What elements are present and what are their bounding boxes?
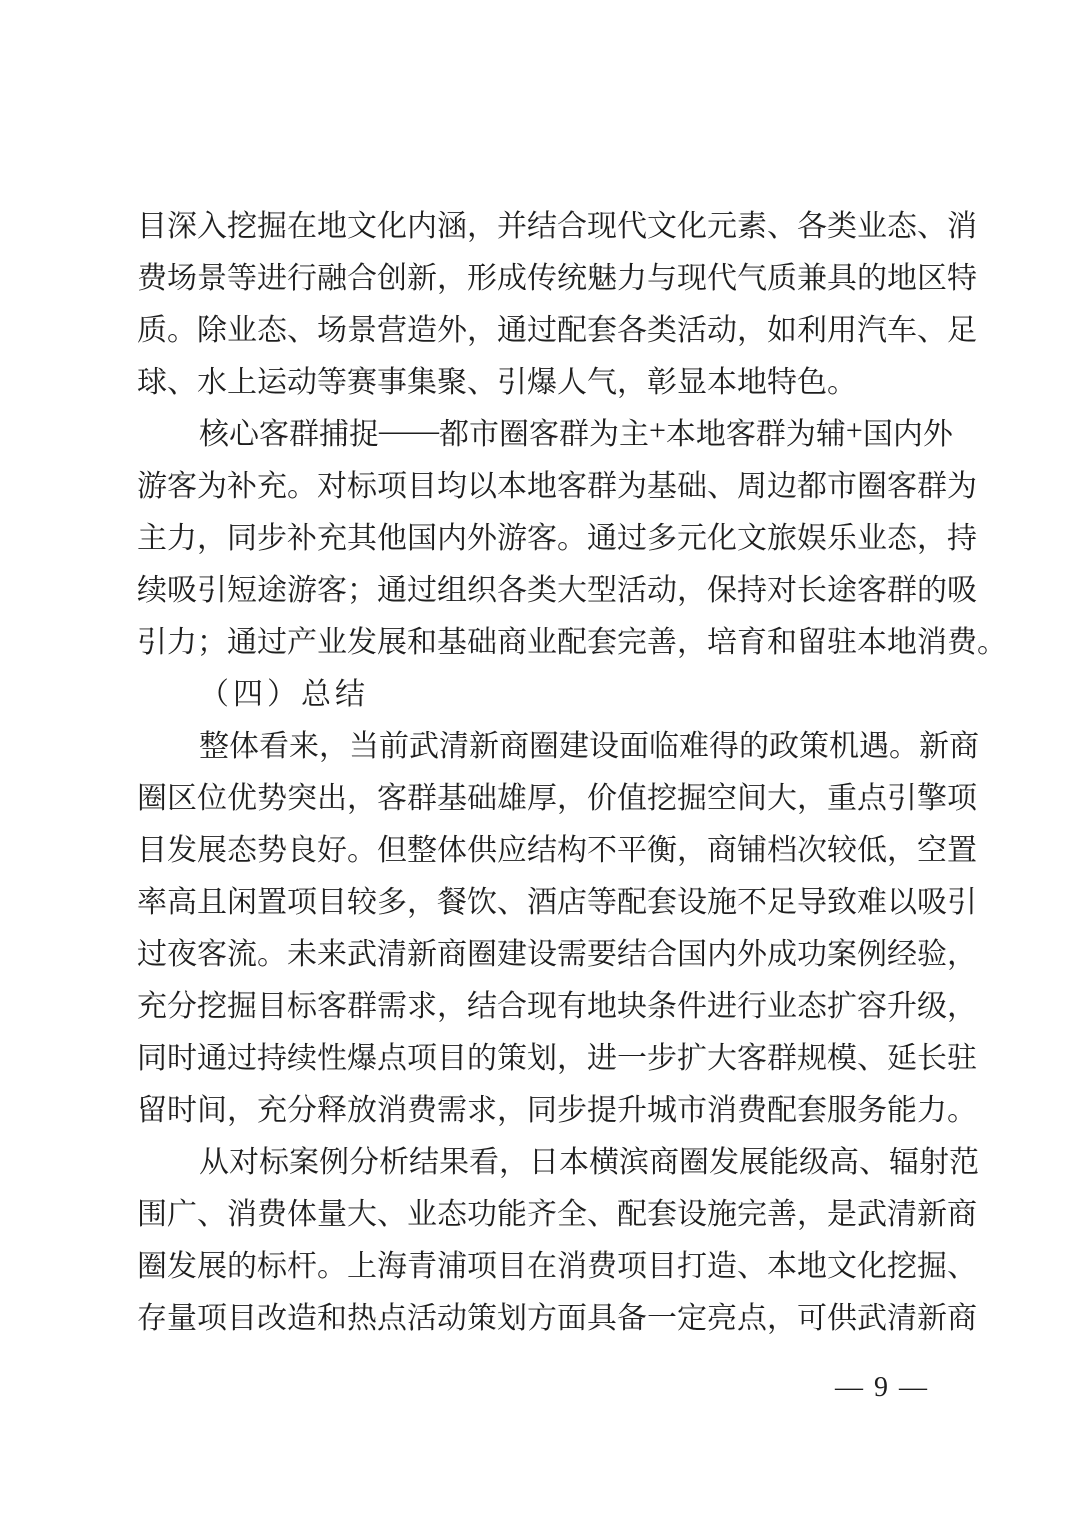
glyph: 为	[786, 409, 816, 453]
glyph: 不	[587, 825, 617, 869]
glyph: 的	[739, 721, 769, 765]
glyph: 分	[287, 1085, 317, 1129]
glyph: 容	[857, 981, 887, 1025]
glyph: 费	[407, 1085, 437, 1129]
glyph: 挖	[647, 773, 677, 817]
glyph: 标	[257, 1241, 287, 1285]
glyph: 整	[407, 825, 437, 869]
glyph: 施	[707, 877, 737, 921]
glyph: 辐	[889, 1137, 919, 1181]
glyph: 可	[797, 1293, 827, 1337]
glyph: 基	[647, 461, 677, 505]
glyph: 亮	[707, 1293, 737, 1337]
glyph: 设	[527, 929, 557, 973]
glyph: 为	[589, 409, 619, 453]
glyph: 圈	[137, 1241, 167, 1285]
glyph: 条	[647, 981, 677, 1025]
glyph: 等	[587, 877, 617, 921]
text-line: 主力，同步补充其他国内外游客。通过多元化文旅娱乐业态，持	[137, 509, 940, 561]
glyph: 客	[317, 565, 347, 609]
glyph: 各	[497, 565, 527, 609]
glyph: ，	[677, 825, 707, 869]
glyph: 引	[497, 357, 527, 401]
paragraph: 整体看来，当前武清新商圈建设面临难得的政策机遇。新商圈区位优势突出，客群基础雄厚…	[137, 717, 940, 1133]
glyph: 、	[707, 461, 737, 505]
glyph: 通	[497, 305, 527, 349]
glyph: 需	[557, 929, 587, 973]
glyph: 挖	[227, 201, 257, 245]
glyph: 为	[947, 461, 977, 505]
glyph: 全	[557, 1189, 587, 1233]
glyph: 本	[559, 1137, 589, 1181]
glyph: 备	[617, 1293, 647, 1337]
glyph: 圈	[679, 1137, 709, 1181]
glyph: 态	[227, 825, 257, 869]
glyph: ，	[499, 1137, 529, 1181]
glyph: 事	[377, 357, 407, 401]
glyph: 入	[197, 201, 227, 245]
glyph: 势	[257, 773, 287, 817]
glyph: 有	[557, 981, 587, 1025]
glyph: 地	[317, 201, 347, 245]
glyph: 新	[407, 929, 437, 973]
glyph: 车	[887, 305, 917, 349]
glyph: 但	[377, 825, 407, 869]
glyph: 功	[467, 1189, 497, 1233]
glyph: 国	[677, 929, 707, 973]
glyph: 传	[527, 253, 557, 297]
paragraph: 核心客群捕捉——都市圈客群为主+本地客群为辅+国内外游客为补充。对标项目均以本地…	[137, 405, 940, 665]
glyph: 、	[377, 1189, 407, 1233]
glyph: 水	[197, 357, 227, 401]
glyph: 范	[949, 1137, 979, 1181]
glyph: 结	[409, 1137, 439, 1181]
glyph: 同	[227, 513, 257, 557]
glyph: 配	[617, 877, 647, 921]
glyph: 补	[287, 513, 317, 557]
glyph: 前	[379, 721, 409, 765]
glyph: 和	[407, 617, 437, 661]
glyph: 通	[227, 617, 257, 661]
glyph: 供	[467, 825, 497, 869]
glyph: ，	[227, 1085, 257, 1129]
glyph: 大	[707, 1033, 737, 1077]
glyph: 清	[887, 1293, 917, 1337]
glyph: 人	[557, 357, 587, 401]
glyph: 店	[557, 877, 587, 921]
glyph: 服	[827, 1085, 857, 1129]
heading-line: （四）总结	[137, 665, 940, 717]
glyph: 内	[437, 513, 467, 557]
glyph: 市	[469, 409, 499, 453]
glyph: 广	[167, 1189, 197, 1233]
glyph: 除	[197, 305, 227, 349]
glyph: 套	[587, 305, 617, 349]
glyph: 面	[557, 1293, 587, 1337]
glyph: 化	[857, 1241, 887, 1285]
glyph: 充	[137, 981, 167, 1025]
glyph: 费	[947, 617, 977, 661]
glyph: （	[199, 669, 233, 713]
glyph: 成	[767, 929, 797, 973]
text-block: 目深入挖掘在地文化内涵，并结合现代文化元素、各类业态、消费场景等进行融合创新，形…	[137, 197, 940, 1341]
glyph: 新	[407, 253, 437, 297]
glyph: 态	[437, 1189, 467, 1233]
glyph: 滨	[619, 1137, 649, 1181]
glyph: 聚	[437, 357, 467, 401]
text-line: 整体看来，当前武清新商圈建设面临难得的政策机遇。新商	[137, 717, 940, 769]
glyph: 地	[797, 1241, 827, 1285]
glyph: 消	[947, 201, 977, 245]
glyph: 合	[347, 253, 377, 297]
glyph: 市	[827, 461, 857, 505]
glyph: 引	[137, 617, 167, 661]
glyph: 项	[467, 1241, 497, 1285]
glyph: 优	[227, 773, 257, 817]
glyph: 景	[347, 305, 377, 349]
glyph: 完	[617, 617, 647, 661]
glyph: 配	[557, 617, 587, 661]
glyph: 持	[947, 513, 977, 557]
glyph: 饮	[467, 877, 497, 921]
glyph: 间	[737, 773, 767, 817]
glyph: 间	[197, 1085, 227, 1129]
glyph: 捕	[319, 409, 349, 453]
glyph: 发	[167, 825, 197, 869]
glyph: 档	[767, 825, 797, 869]
glyph: 性	[317, 1033, 347, 1077]
glyph: 短	[227, 565, 257, 609]
glyph: 吸	[947, 565, 977, 609]
glyph: 地	[887, 617, 917, 661]
glyph: 统	[557, 253, 587, 297]
glyph: 形	[467, 253, 497, 297]
glyph: 且	[197, 877, 227, 921]
glyph: 为	[197, 461, 227, 505]
text-line: 目深入挖掘在地文化内涵，并结合现代文化元素、各类业态、消	[137, 197, 940, 249]
glyph: ，	[319, 721, 349, 765]
glyph: 长	[917, 1033, 947, 1077]
glyph: 、	[497, 877, 527, 921]
glyph: 结	[617, 929, 647, 973]
glyph: 供	[827, 1293, 857, 1337]
glyph: 区	[167, 773, 197, 817]
glyph: 捉	[349, 409, 379, 453]
glyph: 通	[197, 1033, 227, 1077]
glyph: 化	[707, 513, 737, 557]
glyph: 能	[497, 1189, 527, 1233]
glyph: 大	[767, 773, 797, 817]
glyph: 上	[227, 357, 257, 401]
glyph: 得	[709, 721, 739, 765]
glyph: 客	[317, 981, 347, 1025]
glyph: 娱	[797, 513, 827, 557]
glyph: 体	[287, 1189, 317, 1233]
glyph: 分	[167, 981, 197, 1025]
glyph: 目	[137, 201, 167, 245]
glyph: 驻	[947, 1033, 977, 1077]
text-line: 核心客群捕捉——都市圈客群为主+本地客群为辅+国内外	[137, 405, 940, 457]
glyph: 空	[917, 825, 947, 869]
glyph: 酒	[527, 877, 557, 921]
glyph: 目	[497, 1241, 527, 1285]
text-line: 圈发展的标杆。上海青浦项目在消费项目打造、本地文化挖掘、	[137, 1237, 940, 1289]
glyph: 建	[559, 721, 589, 765]
glyph: 放	[347, 1085, 377, 1129]
glyph: 重	[827, 773, 857, 817]
glyph: 划	[497, 1293, 527, 1337]
glyph: 的	[227, 1241, 257, 1285]
glyph: 地	[696, 409, 726, 453]
glyph: 群	[347, 981, 377, 1025]
glyph: 扩	[827, 981, 857, 1025]
glyph: 新	[917, 1293, 947, 1337]
glyph: 设	[677, 877, 707, 921]
glyph: 的	[917, 565, 947, 609]
glyph: 场	[317, 305, 347, 349]
glyph: 要	[587, 929, 617, 973]
glyph: 用	[827, 305, 857, 349]
glyph: 均	[437, 461, 467, 505]
glyph: 客	[557, 461, 587, 505]
glyph: 围	[137, 1189, 167, 1233]
glyph: 施	[707, 1189, 737, 1233]
glyph: 动	[707, 305, 737, 349]
glyph: 引	[887, 773, 917, 817]
glyph: 过	[227, 1033, 257, 1077]
glyph: 球	[137, 357, 167, 401]
glyph: 擎	[917, 773, 947, 817]
glyph: 汽	[857, 305, 887, 349]
glyph: 造	[287, 1293, 317, 1337]
glyph: 多	[647, 513, 677, 557]
glyph: 国	[407, 513, 437, 557]
paragraph: 从对标案例分析结果看，日本横滨商圈发展能级高、辐射范围广、消费体量大、业态功能齐…	[137, 1133, 940, 1341]
glyph: 文	[647, 201, 677, 245]
glyph: 点	[737, 1293, 767, 1337]
glyph: 清	[377, 929, 407, 973]
glyph: 商	[949, 721, 979, 765]
glyph: 、	[737, 1241, 767, 1285]
glyph: 结	[335, 669, 369, 713]
glyph: 圈	[467, 929, 497, 973]
glyph: 高	[829, 1137, 859, 1181]
glyph: 创	[377, 253, 407, 297]
glyph: 铺	[737, 825, 767, 869]
glyph: 、	[767, 201, 797, 245]
glyph: 长	[797, 565, 827, 609]
glyph: 时	[167, 1033, 197, 1077]
glyph: 旅	[767, 513, 797, 557]
text-line: 目发展态势良好。但整体供应结构不平衡，商铺档次较低，空置	[137, 821, 940, 873]
glyph: 大	[347, 1189, 377, 1233]
glyph: 场	[167, 253, 197, 297]
glyph: 浦	[437, 1241, 467, 1285]
glyph: 消	[917, 617, 947, 661]
glyph: 雄	[497, 773, 527, 817]
glyph: 求	[407, 981, 437, 1025]
glyph: 合	[557, 201, 587, 245]
glyph: 、	[467, 357, 497, 401]
glyph: 商	[947, 1189, 977, 1233]
glyph: 特	[767, 357, 797, 401]
glyph: 留	[137, 1085, 167, 1129]
glyph: 难	[857, 877, 887, 921]
glyph: 消	[707, 1085, 737, 1129]
glyph: ，	[197, 513, 227, 557]
glyph: ，	[947, 981, 977, 1025]
glyph: ，	[797, 1189, 827, 1233]
glyph: 清	[887, 1189, 917, 1233]
glyph: 进	[707, 981, 737, 1025]
glyph: 文	[737, 513, 767, 557]
glyph: 出	[317, 773, 347, 817]
glyph: 项	[287, 877, 317, 921]
glyph: 态	[797, 981, 827, 1025]
glyph: 织	[467, 565, 497, 609]
glyph: 础	[677, 461, 707, 505]
glyph: ，	[917, 513, 947, 557]
glyph: 内	[407, 201, 437, 245]
glyph: 、	[287, 305, 317, 349]
glyph: 力	[167, 513, 197, 557]
glyph: 地	[527, 461, 557, 505]
glyph: ，	[497, 1085, 527, 1129]
glyph: 未	[287, 929, 317, 973]
glyph: 过	[407, 565, 437, 609]
glyph: 、	[587, 1189, 617, 1233]
glyph: 业	[317, 617, 347, 661]
glyph: 文	[347, 201, 377, 245]
glyph: 、	[917, 305, 947, 349]
glyph: 合	[497, 981, 527, 1025]
paragraph: 目深入挖掘在地文化内涵，并结合现代文化元素、各类业态、消费场景等进行融合创新，形…	[137, 197, 940, 405]
glyph: 本	[767, 1241, 797, 1285]
glyph: 涵	[437, 201, 467, 245]
glyph: 展	[197, 1241, 227, 1285]
glyph: 客	[737, 1033, 767, 1077]
glyph: 能	[769, 1137, 799, 1181]
glyph: ，	[797, 773, 827, 817]
glyph: 掘	[257, 201, 287, 245]
glyph: 低	[857, 825, 887, 869]
glyph: 配	[617, 1189, 647, 1233]
glyph: 圈	[137, 773, 167, 817]
glyph: ，	[737, 305, 767, 349]
glyph: 客	[197, 929, 227, 973]
glyph: 费	[587, 1241, 617, 1285]
glyph: ，	[677, 617, 707, 661]
glyph: 射	[919, 1137, 949, 1181]
glyph: 案	[827, 929, 857, 973]
glyph: 和	[317, 1293, 347, 1337]
glyph: 进	[587, 1033, 617, 1077]
glyph: 业	[227, 305, 257, 349]
glyph: 来	[317, 929, 347, 973]
glyph: 善	[767, 1189, 797, 1233]
glyph: 费	[737, 1085, 767, 1129]
glyph: 外	[737, 929, 767, 973]
glyph: 求	[467, 1085, 497, 1129]
glyph: 引	[947, 877, 977, 921]
text-line: 存量项目改造和热点活动策划方面具备一定亮点，可供武清新商	[137, 1289, 940, 1341]
glyph: 并	[497, 201, 527, 245]
glyph: 爆	[347, 1033, 377, 1077]
glyph: 升	[617, 1085, 647, 1129]
glyph: 标	[287, 981, 317, 1025]
glyph: 挖	[887, 1241, 917, 1285]
glyph: 进	[257, 253, 287, 297]
glyph: 引	[197, 565, 227, 609]
glyph: 导	[797, 877, 827, 921]
text-line: 引力；通过产业发展和基础商业配套完善，培育和留驻本地消费。	[137, 613, 940, 665]
glyph: 态	[887, 513, 917, 557]
glyph: 打	[677, 1241, 707, 1285]
glyph: 、	[947, 1241, 977, 1285]
glyph: 基	[437, 773, 467, 817]
text-line: 质。除业态、场景营造外，通过配套各类活动，如利用汽车、足	[137, 301, 940, 353]
glyph: 结	[467, 981, 497, 1025]
glyph: 途	[827, 565, 857, 609]
glyph: 代	[707, 253, 737, 297]
glyph: 其	[347, 513, 377, 557]
glyph: 率	[137, 877, 167, 921]
glyph: 圈	[499, 409, 529, 453]
glyph: 当	[349, 721, 379, 765]
glyph: 和	[767, 617, 797, 661]
glyph: ，	[767, 1293, 797, 1337]
glyph: 客	[259, 409, 289, 453]
glyph: 升	[887, 981, 917, 1025]
glyph: ，	[407, 877, 437, 921]
glyph: 群	[917, 461, 947, 505]
glyph: 析	[379, 1137, 409, 1181]
glyph: 兼	[797, 253, 827, 297]
glyph: ，	[677, 565, 707, 609]
glyph: 组	[437, 565, 467, 609]
glyph: 充	[257, 461, 287, 505]
glyph: 。	[827, 357, 857, 401]
glyph: 本	[666, 409, 696, 453]
glyph: 核	[199, 409, 229, 453]
glyph: 吸	[917, 877, 947, 921]
glyph: 武	[347, 929, 377, 973]
glyph: 为	[617, 461, 647, 505]
glyph: 外	[923, 409, 953, 453]
glyph: 驻	[827, 617, 857, 661]
glyph: 位	[197, 773, 227, 817]
glyph: 力	[617, 253, 647, 297]
glyph: 的	[857, 253, 887, 297]
glyph: 目	[137, 825, 167, 869]
glyph: 较	[347, 877, 377, 921]
glyph: 深	[167, 201, 197, 245]
glyph: 动	[287, 357, 317, 401]
glyph: 心	[229, 409, 259, 453]
glyph: 临	[649, 721, 679, 765]
glyph: 多	[377, 877, 407, 921]
glyph: 模	[827, 1033, 857, 1077]
glyph: 群	[887, 565, 917, 609]
glyph: 新	[469, 721, 499, 765]
glyph: 元	[677, 513, 707, 557]
glyph: 区	[917, 253, 947, 297]
glyph: 机	[829, 721, 859, 765]
glyph: ；	[347, 565, 377, 609]
glyph: 对	[317, 461, 347, 505]
glyph: 、	[917, 201, 947, 245]
glyph: 留	[797, 617, 827, 661]
